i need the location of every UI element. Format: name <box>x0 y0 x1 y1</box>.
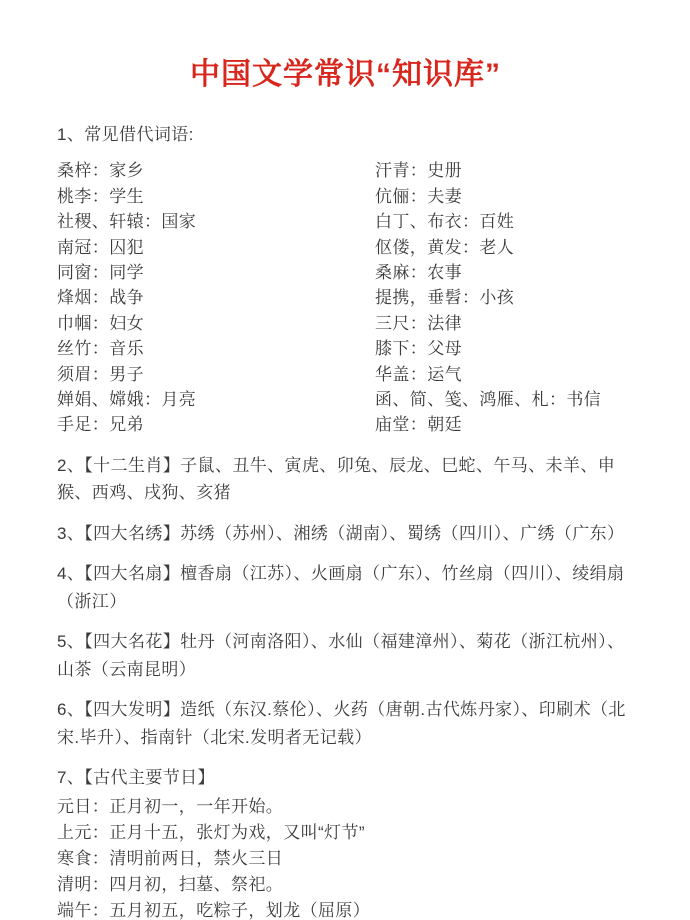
borrowed-term: 伛偻，黄发：老人 <box>375 235 634 260</box>
borrowed-term: 须眉：男子 <box>57 362 375 387</box>
borrowed-term: 提携，垂髫：小孩 <box>375 285 634 310</box>
festival-line: 寒食：清明前两日，禁火三日 <box>57 846 634 872</box>
borrowed-term: 社稷、轩辕：国家 <box>57 209 375 234</box>
festival-line: 端午：五月初五，吃粽子，划龙（屈原） <box>57 898 634 920</box>
borrowed-terms-list: 桑梓：家乡 桃李：学生 社稷、轩辕：国家 南冠：囚犯 同窗：同学 烽烟：战争 巾… <box>57 158 634 437</box>
festival-line: 元日：正月初一，一年开始。 <box>57 794 634 820</box>
borrowed-term: 桑梓：家乡 <box>57 158 375 183</box>
borrowed-term: 南冠：囚犯 <box>57 235 375 260</box>
borrowed-term: 伉俪：夫妻 <box>375 184 634 209</box>
borrowed-term: 婵娟、嫦娥：月亮 <box>57 387 375 412</box>
section-four-fans: 4、【四大名扇】檀香扇（江苏）、火画扇（广东）、竹丝扇（四川）、绫绢扇（浙江） <box>57 560 634 615</box>
borrowed-term: 桃李：学生 <box>57 184 375 209</box>
section-zodiac: 2、【十二生肖】子鼠、丑牛、寅虎、卯兔、辰龙、巳蛇、午马、未羊、申猴、西鸡、戌狗… <box>57 452 634 507</box>
borrowed-term: 庙堂：朝廷 <box>375 412 634 437</box>
borrowed-term: 三尺：法律 <box>375 311 634 336</box>
borrowed-term: 白丁、布衣：百姓 <box>375 209 634 234</box>
festival-list: 元日：正月初一，一年开始。 上元：正月十五，张灯为戏，又叫“灯节” 寒食：清明前… <box>57 794 634 920</box>
borrowed-term: 华盖：运气 <box>375 362 634 387</box>
borrowed-terms-right-column: 汗青：史册 伉俪：夫妻 白丁、布衣：百姓 伛偻，黄发：老人 桑麻：农事 提携，垂… <box>375 158 634 437</box>
section7-heading: 7、【古代主要节日】 <box>57 764 634 792</box>
borrowed-terms-left-column: 桑梓：家乡 桃李：学生 社稷、轩辕：国家 南冠：囚犯 同窗：同学 烽烟：战争 巾… <box>57 158 375 437</box>
borrowed-term: 巾帼：妇女 <box>57 311 375 336</box>
borrowed-term: 同窗：同学 <box>57 260 375 285</box>
page-title: 中国文学常识“知识库” <box>57 58 634 93</box>
borrowed-term: 膝下：父母 <box>375 336 634 361</box>
borrowed-term: 丝竹：音乐 <box>57 336 375 361</box>
borrowed-term: 桑麻：农事 <box>375 260 634 285</box>
festival-line: 上元：正月十五，张灯为戏，又叫“灯节” <box>57 820 634 846</box>
section1-heading: 1、常见借代词语: <box>57 123 634 147</box>
section-four-inventions: 6、【四大发明】造纸（东汉.蔡伦）、火药（唐朝.古代炼丹家）、印刷术（北宋.毕升… <box>57 696 634 751</box>
borrowed-term: 函、简、笺、鸿雁、札：书信 <box>375 387 634 412</box>
borrowed-term: 手足：兄弟 <box>57 412 375 437</box>
section-four-embroideries: 3、【四大名绣】苏绣（苏州）、湘绣（湖南）、蜀绣（四川）、广绣（广东） <box>57 520 634 548</box>
document-page: 中国文学常识“知识库” 1、常见借代词语: 桑梓：家乡 桃李：学生 社稷、轩辕：… <box>0 0 690 920</box>
festival-line: 清明：四月初，扫墓、祭祀。 <box>57 872 634 898</box>
borrowed-term: 烽烟：战争 <box>57 285 375 310</box>
borrowed-term: 汗青：史册 <box>375 158 634 183</box>
section-four-flowers: 5、【四大名花】牡丹（河南洛阳）、水仙（福建漳州）、菊花（浙江杭州）、山茶（云南… <box>57 628 634 683</box>
